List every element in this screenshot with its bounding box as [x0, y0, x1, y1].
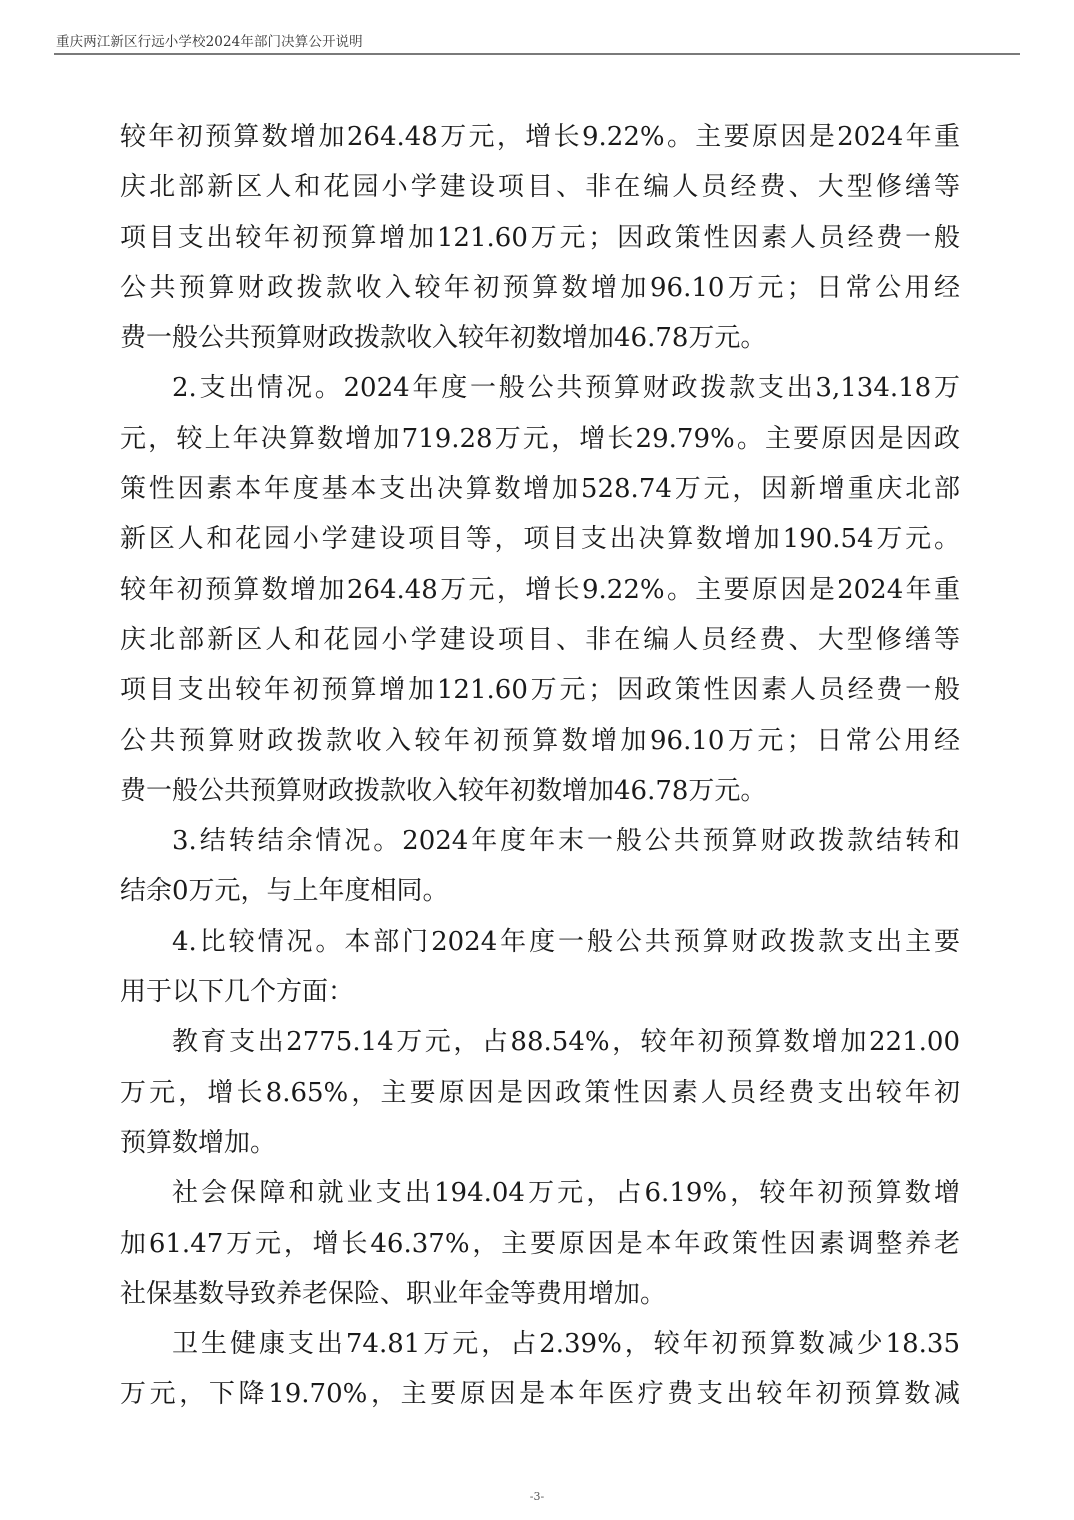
section-heading-expenditure: 2.支出情况。2024年度一般公共预算财政拨款支出3,134.18万 [120, 363, 960, 413]
paragraph-health: 卫生健康支出74.81万元，占2.39%，较年初预算数减少18.35 [120, 1319, 960, 1369]
text-line: 结余0万元，与上年度相同。 [120, 866, 960, 916]
paragraph-social-security: 社会保障和就业支出194.04万元，占6.19%，较年初预算数增 [120, 1168, 960, 1218]
text-line: 策性因素本年度基本支出决算数增加528.74万元，因新增重庆北部 [120, 464, 960, 514]
text-line: 较年初预算数增加264.48万元，增长9.22%。主要原因是2024年重 [120, 112, 960, 162]
text-line: 费一般公共预算财政拨款收入较年初数增加46.78万元。 [120, 313, 960, 363]
text-line: 新区人和花园小学建设项目等，项目支出决算数增加190.54万元。 [120, 514, 960, 564]
text-line: 加61.47万元，增长46.37%，主要原因是本年政策性因素调整养老 [120, 1219, 960, 1269]
text-line: 项目支出较年初预算增加121.60万元；因政策性因素人员经费一般 [120, 665, 960, 715]
text-line: 预算数增加。 [120, 1118, 960, 1168]
text-line: 费一般公共预算财政拨款收入较年初数增加46.78万元。 [120, 766, 960, 816]
text-line: 庆北部新区人和花园小学建设项目、非在编人员经费、大型修缮等 [120, 615, 960, 665]
text-line: 万元，增长8.65%，主要原因是因政策性因素人员经费支出较年初 [120, 1068, 960, 1118]
section-heading-comparison: 4.比较情况。本部门2024年度一般公共预算财政拨款支出主要 [120, 917, 960, 967]
text-line: 公共预算财政拨款收入较年初预算数增加96.10万元；日常公用经 [120, 263, 960, 313]
text-line: 庆北部新区人和花园小学建设项目、非在编人员经费、大型修缮等 [120, 162, 960, 212]
text-line: 元，较上年决算数增加719.28万元，增长29.79%。主要原因是因政 [120, 414, 960, 464]
text-line: 社保基数导致养老保险、职业年金等费用增加。 [120, 1269, 960, 1319]
document-body: 较年初预算数增加264.48万元，增长9.22%。主要原因是2024年重 庆北部… [120, 112, 960, 1420]
text-line: 公共预算财政拨款收入较年初预算数增加96.10万元；日常公用经 [120, 716, 960, 766]
page-header: 重庆两江新区行远小学校2024年部门决算公开说明 [54, 33, 1020, 53]
text-line: 较年初预算数增加264.48万元，增长9.22%。主要原因是2024年重 [120, 565, 960, 615]
document-title: 重庆两江新区行远小学校2024年部门决算公开说明 [56, 33, 363, 51]
text-line: 万元，下降19.70%，主要原因是本年医疗费支出较年初预算数减 [120, 1369, 960, 1419]
header-divider [54, 53, 1020, 55]
section-heading-carryover: 3.结转结余情况。2024年度年末一般公共预算财政拨款结转和 [120, 816, 960, 866]
text-line: 项目支出较年初预算增加121.60万元；因政策性因素人员经费一般 [120, 213, 960, 263]
paragraph-education: 教育支出2775.14万元，占88.54%，较年初预算数增加221.00 [120, 1017, 960, 1067]
text-line: 用于以下几个方面： [120, 967, 960, 1017]
page-number: -3- [0, 1490, 1074, 1503]
